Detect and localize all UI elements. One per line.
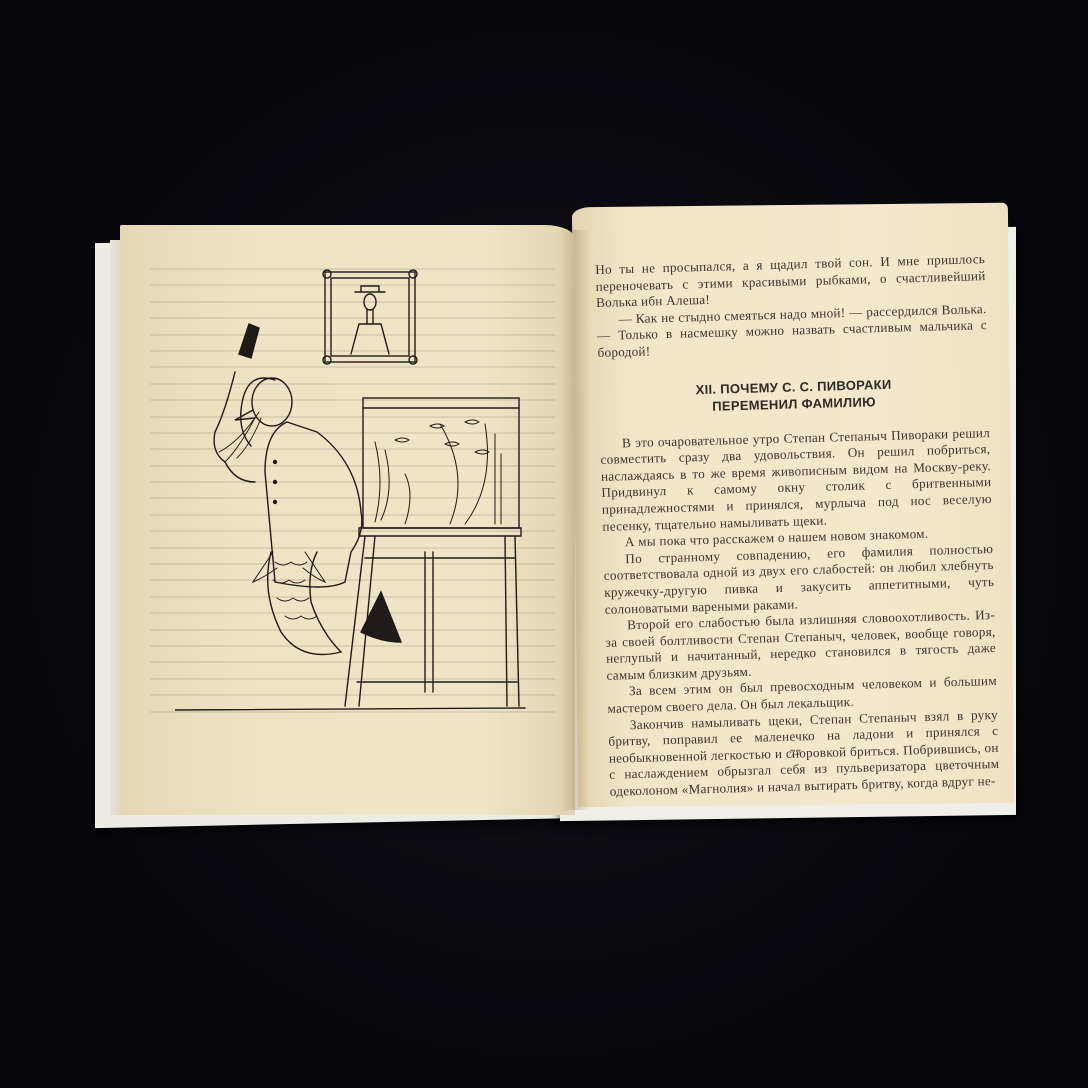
chapter-heading: XII. ПОЧЕМУ С. С. ПИВОРАКИ ПЕРЕМЕНИЛ ФАМ… [598,373,989,418]
dialogue-paragraph: — Как не стыдно смеяться надо мной! — ра… [596,301,987,362]
body-paragraph: Второй его слабостью была излишняя слово… [605,607,997,684]
floor-line [175,708,525,710]
mermaid-man [214,324,401,655]
book-spine-gutter [560,230,590,810]
body-paragraph: По странному совпадению, его фамилия пол… [603,541,995,618]
right-page-text: Но ты не просыпался, а я щадил твой сон.… [595,251,1000,800]
page-number: 77 [790,748,801,760]
mermaid-man-illustration [175,262,535,742]
framed-portrait [323,270,417,364]
body-paragraph: В это очаровательное утро Степан Степаны… [600,425,993,535]
body-paragraph: Закончив намыливать щеки, Степан Степаны… [608,707,1000,801]
aquarium [363,398,519,528]
